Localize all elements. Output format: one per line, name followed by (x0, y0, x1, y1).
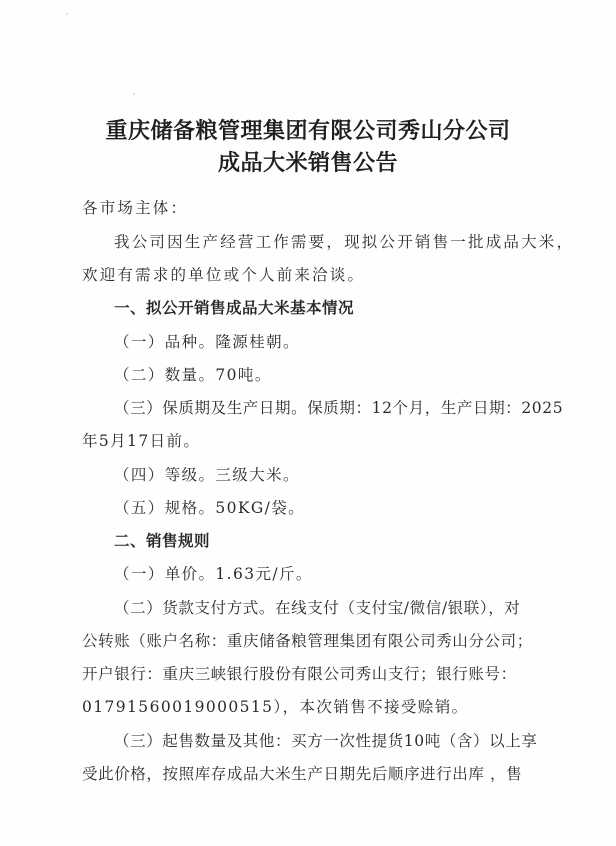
section2-heading: 二、销售规则 (114, 529, 210, 551)
section2-item-payment-line4: 01791560019000515），本次销售不接受赊销。 (82, 695, 469, 717)
intro-paragraph-line1: 我公司因生产经营工作需要，现拟公开销售一批成品大米， (114, 230, 574, 252)
section2-item-unit-price: （一）单价。1.63元/斤。 (114, 562, 313, 584)
section1-heading: 一、拟公开销售成品大米基本情况 (114, 296, 354, 318)
section2-item-payment-line1: （二）货款支付方式。在线支付（支付宝/微信/银联），对 (114, 596, 520, 618)
section2-item-payment-line2: 公转账（账户名称：重庆储备粮管理集团有限公司秀山分公司； (82, 629, 533, 651)
document-title-line1: 重庆储备粮管理集团有限公司秀山分公司 (0, 114, 616, 145)
section1-item-shelf-life-line1: （三）保质期及生产日期。保质期：12个月，生产日期：2025 (114, 396, 563, 418)
section1-item-variety: （一）品种。隆源桂朝。 (114, 330, 300, 352)
section1-item-grade: （四）等级。三级大米。 (114, 463, 300, 485)
document-title-line2: 成品大米销售公告 (0, 146, 616, 177)
section2-item-minimum-line1: （三）起售数量及其他：买方一次性提货10吨（含）以上享 (114, 729, 537, 751)
scan-speck (66, 13, 68, 15)
section1-item-quantity: （二）数量。70吨。 (114, 363, 272, 385)
salutation: 各市场主体： (82, 196, 188, 218)
intro-paragraph-line2: 欢迎有需求的单位或个人前来洽谈。 (82, 263, 365, 285)
scan-speck (133, 93, 135, 95)
section1-item-spec: （五）规格。50KG/袋。 (114, 496, 305, 518)
document-page: 重庆储备粮管理集团有限公司秀山分公司 成品大米销售公告 各市场主体： 我公司因生… (0, 0, 616, 846)
section2-item-payment-line3: 开户银行：重庆三峡银行股份有限公司秀山支行；银行账号： (82, 662, 517, 684)
section2-item-minimum-line2: 受此价格，按照库存成品大米生产日期先后顺序进行出库 ，售 (82, 762, 522, 784)
section1-item-shelf-life-line2: 年5月17日前。 (82, 429, 200, 451)
